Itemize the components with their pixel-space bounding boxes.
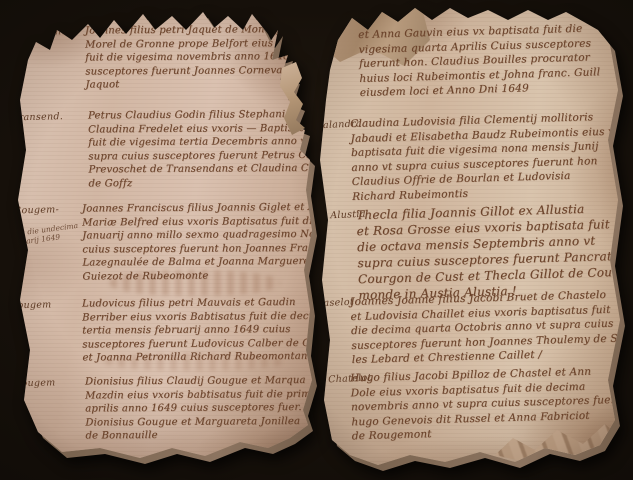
margin-place-label: Baselot — [316, 297, 354, 310]
record-line: de Goffz — [88, 175, 329, 190]
left-page: MontagneJoannes filius petri Jaquet de M… — [10, 8, 326, 472]
margin-place-label: Rougem — [14, 377, 56, 389]
record-line: fuit die vigesima tertia Decembris anno … — [88, 135, 329, 150]
left-page-records: MontagneJoannes filius petri Jaquet de M… — [10, 8, 326, 472]
margin-place-label: Montagne — [16, 26, 68, 38]
paper-sheet-left: MontagneJoannes filius petri Jaquet de M… — [10, 8, 326, 472]
record-line: Morel de Gronne prope Belfort eius vxor — [85, 36, 321, 51]
record-text: Dionisius filius Claudij Gougue et Marqu… — [85, 374, 317, 443]
record-text: Joannes Joanne filius Jacobi Bruet de Ch… — [350, 287, 633, 367]
margin-obit-note: obijt die undecima Januarij 1649 — [7, 220, 89, 248]
record-line: fuit die vigesima novembris anno 1648 cu… — [85, 50, 321, 65]
record-line: Prevoschet de Transendans et Claudina Co… — [88, 162, 329, 177]
record-text: Claudina Ludovisia filia Clementij molli… — [350, 109, 633, 204]
record-text: Ludovicus filius petri Mauvais et Gaudin… — [82, 296, 334, 365]
record-line: Dionisius Gougue et Marguareta Jonillea — [85, 414, 317, 429]
record-line: Berriber eius vxoris Babtisatus fuit die… — [82, 309, 334, 324]
record-text: Hugo filius Jacobi Bpilloz de Chastel et… — [350, 364, 617, 444]
record-text: et Anna Gauvin eius vx baptisata fuit di… — [358, 21, 601, 100]
margin-place-label: Transend. — [12, 111, 63, 123]
right-page-records: et Anna Gauvin eius vx baptisata fuit di… — [313, 0, 633, 478]
record-line: de Bonnauille — [85, 428, 317, 443]
right-page: et Anna Gauvin eius vx baptisata fuit di… — [313, 0, 633, 478]
paper-sheet-right: et Anna Gauvin eius vx baptisata fuit di… — [313, 0, 633, 478]
margin-place-label: Rougem- — [14, 204, 59, 216]
record-line: Joannes filius petri Jaquet de Montag — [85, 23, 321, 38]
record-line: Dionisius filius Claudij Gougue et Marqu… — [85, 374, 317, 389]
record-line: aprilis anno 1649 cuius susceptores fuer… — [85, 401, 317, 416]
record-line: et Joanna Petronilla Richard Rubeomontan… — [82, 350, 334, 365]
record-line: Januarij anno millo sexmo quadragesimo N… — [82, 228, 347, 243]
manuscript-scan: MontagneJoannes filius petri Jaquet de M… — [0, 0, 633, 480]
margin-place-label: Rougem — [10, 299, 52, 311]
record-line: Joannes Franciscus filius Joannis Giglet… — [82, 201, 347, 216]
